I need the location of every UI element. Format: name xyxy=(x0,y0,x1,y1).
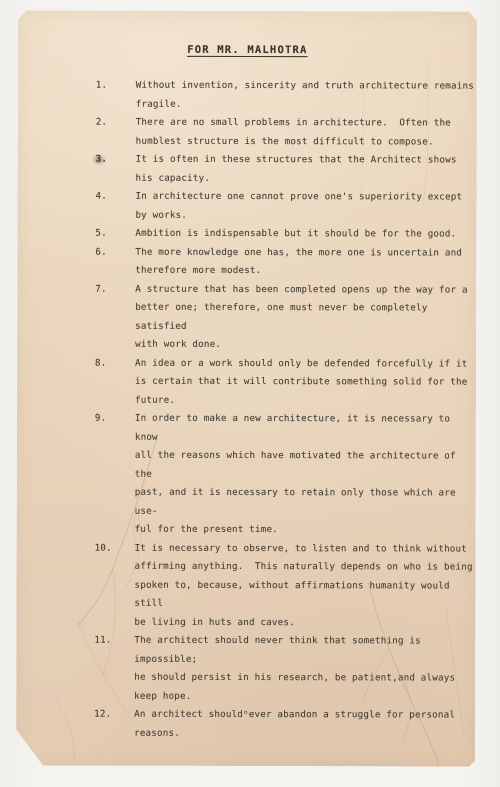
item-number: 11. xyxy=(94,632,134,651)
list-item: 12. An architect shouldⁿever abandon a s… xyxy=(94,706,475,744)
item-number: 12. xyxy=(94,706,134,725)
list-item: 4. In architecture one cannot prove one'… xyxy=(95,188,476,226)
item-text: Without invention, sincerity and truth a… xyxy=(136,77,477,115)
list-item: 3. It is often in these structures that … xyxy=(96,151,477,189)
photo-backdrop: FOR MR. MALHOTRA 1. Without invention, s… xyxy=(0,0,500,787)
item-number: 7. xyxy=(95,280,135,299)
item-text: It is necessary to observe, to listen an… xyxy=(134,539,475,632)
item-text: An architect shouldⁿever abandon a strug… xyxy=(134,706,475,744)
item-text: It is often in these structures that the… xyxy=(136,151,477,189)
list-item: 2. There are no small problems in archit… xyxy=(96,114,477,152)
list-item: 9. In order to make a new architecture, … xyxy=(95,410,476,540)
item-text: Ambition is indispensable but it should … xyxy=(135,225,476,244)
item-text: In order to make a new architecture, it … xyxy=(135,410,476,540)
page-title: FOR MR. MALHOTRA xyxy=(18,43,477,56)
item-number: 9. xyxy=(95,410,135,429)
list-item: 8. An idea or a work should only be defe… xyxy=(95,354,476,410)
item-number: 6. xyxy=(95,243,135,262)
list-item: 11. The architect should never think tha… xyxy=(94,632,475,707)
item-number: 8. xyxy=(95,354,135,373)
item-text: An idea or a work should only be defende… xyxy=(135,354,476,410)
list-item: 10. It is necessary to observe, to liste… xyxy=(94,539,475,632)
item-number: 1. xyxy=(96,77,136,96)
list-item: 5. Ambition is indispensable but it shou… xyxy=(95,225,476,244)
item-number: 2. xyxy=(96,114,136,133)
list-item: 6. The more knowledge one has, the more … xyxy=(95,243,476,281)
item-text: A structure that has been completed open… xyxy=(135,280,476,355)
item-text: The more knowledge one has, the more one… xyxy=(135,243,476,281)
item-number: 5. xyxy=(95,225,135,244)
item-number: 3. xyxy=(96,151,136,170)
item-number: 4. xyxy=(95,188,135,207)
item-text: In architecture one cannot prove one's s… xyxy=(135,188,476,226)
list-item: 7. A structure that has been completed o… xyxy=(95,280,476,355)
numbered-list: 1. Without invention, sincerity and trut… xyxy=(94,77,477,744)
list-item: 1. Without invention, sincerity and trut… xyxy=(96,77,477,115)
item-number: 10. xyxy=(95,539,135,558)
item-text: The architect should never think that so… xyxy=(134,632,475,707)
typewritten-page: FOR MR. MALHOTRA 1. Without invention, s… xyxy=(16,10,477,766)
item-text: There are no small problems in architect… xyxy=(136,114,477,152)
